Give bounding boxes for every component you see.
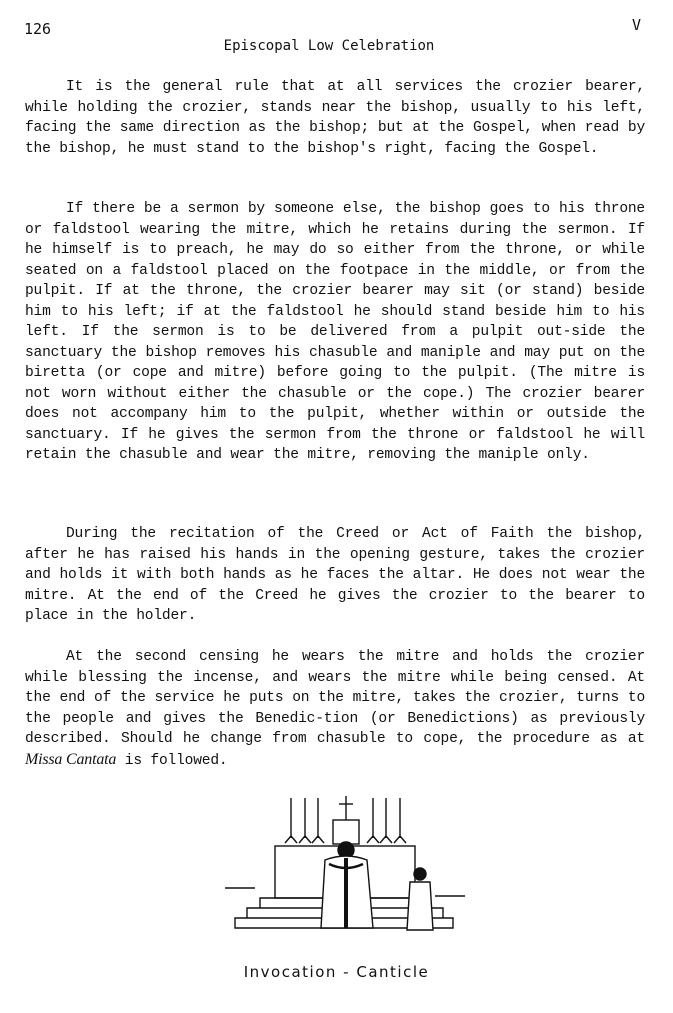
server-figure	[407, 868, 433, 930]
bishop-figure	[321, 842, 373, 928]
illustration-caption: Invocation - Canticle	[0, 963, 673, 981]
page-number: 126	[24, 20, 51, 38]
cross-icon	[339, 796, 353, 820]
paragraph-censing: At the second censing he wears the mitre…	[25, 647, 645, 771]
paragraph-text: At the second censing he wears the mitre…	[25, 649, 645, 747]
italic-term: Missa Cantata	[25, 751, 116, 768]
altar-illustration	[225, 788, 465, 938]
paragraph-creed: During the recitation of the Creed or Ac…	[25, 524, 645, 627]
paragraph-text-end: is followed.	[116, 753, 227, 769]
page-title: Episcopal Low Celebration	[0, 38, 658, 54]
paragraph-crozier-rule: It is the general rule that at all servi…	[25, 77, 645, 159]
section-mark: V	[632, 16, 641, 34]
paragraph-sermon: If there be a sermon by someone else, th…	[25, 199, 645, 466]
